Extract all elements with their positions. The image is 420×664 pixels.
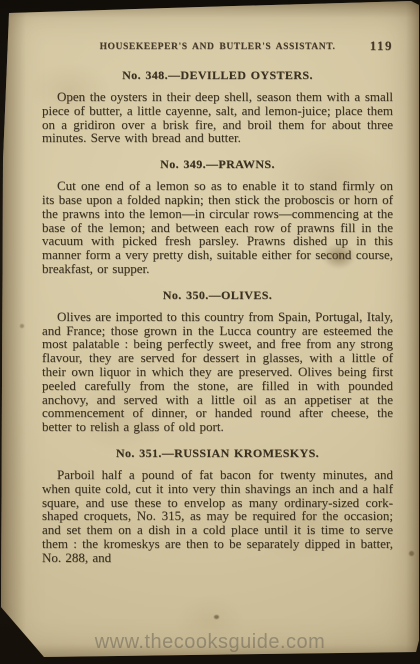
section-heading: No. 350.—OLIVES.: [42, 288, 393, 303]
section-body: Cut one end of a lemon so as to enable i…: [42, 179, 393, 276]
section-heading: No. 348.—DEVILLED OYSTERS.: [42, 68, 393, 83]
scan-background: HOUSEKEEPER'S AND BUTLER'S ASSISTANT. 11…: [0, 0, 420, 664]
header-title: HOUSEKEEPER'S AND BUTLER'S ASSISTANT.: [100, 42, 336, 52]
paper-speck: [20, 324, 24, 328]
paper-speck: [214, 615, 219, 619]
section-olives: No. 350.—OLIVES. Olives are imported to …: [42, 288, 393, 434]
section-devilled-oysters: No. 348.—DEVILLED OYSTERS. Open the oyst…: [42, 68, 393, 145]
paper-speck: [409, 551, 414, 556]
running-header: HOUSEKEEPER'S AND BUTLER'S ASSISTANT. 11…: [42, 42, 393, 52]
section-prawns: No. 349.—PRAWNS. Cut one end of a lemon …: [42, 157, 393, 276]
section-heading: No. 349.—PRAWNS.: [42, 157, 393, 172]
section-body: Open the oysters in their deep shell, se…: [42, 90, 393, 145]
book-page: HOUSEKEEPER'S AND BUTLER'S ASSISTANT. 11…: [0, 0, 420, 664]
section-heading: No. 351.—RUSSIAN KROMESKYS.: [42, 446, 393, 461]
watermark: www.thecooksguide.com: [0, 631, 420, 654]
section-russian-kromeskys: No. 351.—RUSSIAN KROMESKYS. Parboil half…: [42, 446, 393, 565]
section-body: Olives are imported to this country from…: [42, 310, 393, 434]
page-content: HOUSEKEEPER'S AND BUTLER'S ASSISTANT. 11…: [42, 42, 393, 565]
page-number: 119: [370, 38, 393, 54]
section-body: Parboil half a pound of fat bacon for tw…: [42, 468, 393, 565]
